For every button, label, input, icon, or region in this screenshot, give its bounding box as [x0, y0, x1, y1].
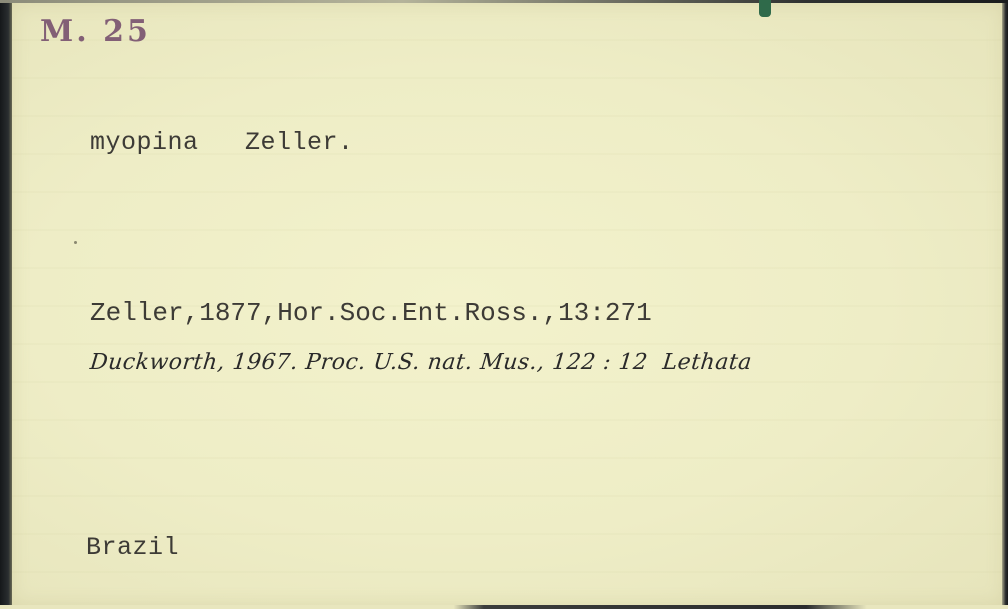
paper-speck — [74, 241, 77, 244]
catalog-stamp-code: M. 25 — [40, 14, 151, 49]
scan-bottom-edge — [0, 605, 1008, 609]
handwritten-reference: Duckworth, 1967. Proc. U.S. nat. Mus., 1… — [89, 350, 753, 375]
original-reference: Zeller,1877,Hor.Soc.Ent.Ross.,13:271 — [90, 298, 652, 328]
scan-right-edge — [1002, 0, 1008, 609]
green-tab-marker-icon — [759, 0, 771, 17]
scan-top-edge — [0, 0, 1008, 3]
scanned-index-card-image: M. 25 myopina Zeller. Zeller,1877,Hor.So… — [0, 0, 1008, 609]
locality: Brazil — [86, 533, 179, 562]
scan-left-edge — [0, 0, 12, 609]
species-name: myopina Zeller. — [90, 128, 354, 157]
